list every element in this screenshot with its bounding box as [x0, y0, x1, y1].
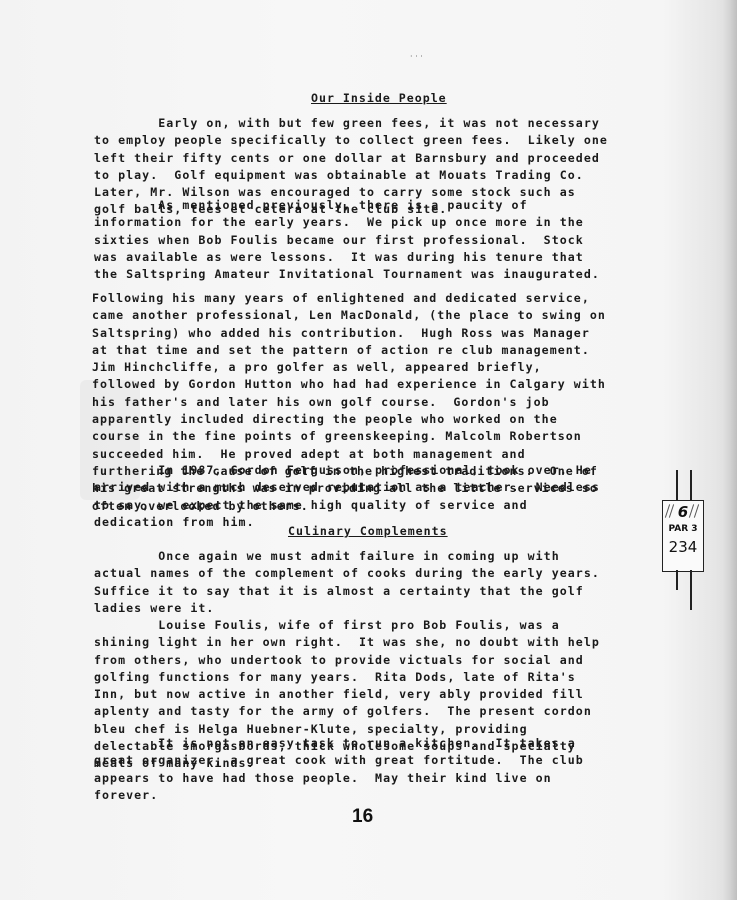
par-label: PAR 3: [663, 523, 703, 535]
yardage: 234: [663, 535, 703, 559]
section-heading-culinary-complements: Culinary Complements: [288, 524, 448, 538]
sign-post: [676, 470, 678, 500]
sign-post: [676, 570, 678, 590]
sign-post: [690, 470, 692, 500]
page-number: 16: [352, 806, 373, 828]
hole-sign: 6 PAR 3 234: [662, 500, 704, 572]
paragraph: It is not an easy task to run a kitchen.…: [94, 735, 674, 804]
page-edge-shadow: [723, 0, 737, 900]
scanned-page: · · · Our Inside People Early on, with b…: [0, 0, 737, 900]
paragraph: In 1987, Gordon Fergusson, professional,…: [94, 462, 674, 531]
hole-marker-illustration: 6 PAR 3 234: [660, 470, 710, 620]
sign-post: [690, 570, 692, 610]
stray-marks: · · ·: [410, 52, 423, 61]
paragraph: As mentioned previously, there is a pauc…: [94, 197, 674, 283]
section-heading-inside-people: Our Inside People: [311, 91, 447, 105]
paragraph: Once again we must admit failure in comi…: [94, 548, 674, 617]
